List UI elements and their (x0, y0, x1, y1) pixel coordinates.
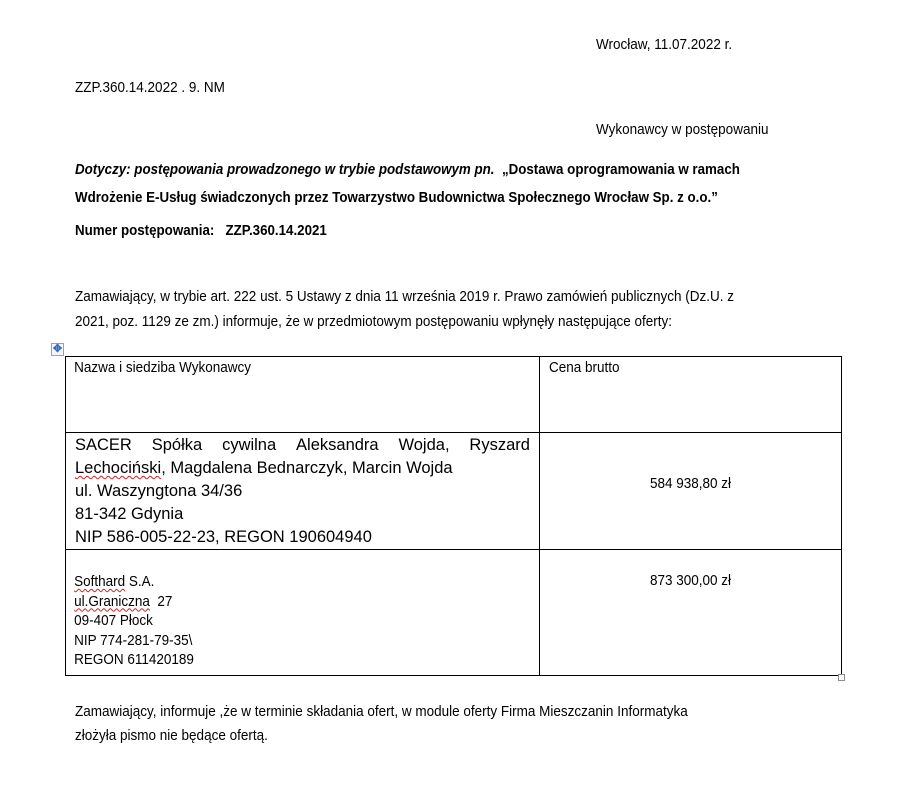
misspelled-word[interactable]: Lechociński (75, 459, 161, 477)
table-row: Softhard S.A. ul.Graniczna 27 09-407 Pło… (66, 550, 842, 676)
word: Ryszard (469, 434, 530, 457)
misspelled-word[interactable]: Softhard (74, 573, 125, 590)
contractor-nip: NIP 774-281-79-35\ (74, 631, 492, 651)
header-price: Cena brutto (540, 357, 811, 376)
word: SACER (75, 434, 132, 457)
closing-paragraph-line-2: złożyła pismo nie będące ofertą. (75, 727, 268, 744)
contractor-name-line-2: Lechociński, Magdalena Bednarczyk, Marci… (75, 457, 530, 480)
table-move-handle-icon[interactable]: ✥ (51, 343, 64, 356)
procedure-number-line: Numer postępowania: ZZP.360.14.2021 (75, 223, 327, 239)
subject-line-1: Dotyczy: postępowania prowadzonego w try… (75, 162, 740, 178)
subject-title-part2: Wdrożenie E-Usług świadczonych przez Tow… (75, 190, 718, 206)
price-cell[interactable]: 584 938,80 zł (540, 433, 842, 550)
subject-title-part1: „Dostawa oprogramowania w ramach (502, 162, 740, 178)
contractor-name-suffix: S.A. (125, 573, 154, 590)
misspelled-word[interactable]: ul.Graniczna (74, 593, 150, 610)
table-resize-handle-icon[interactable] (838, 674, 845, 681)
header-cell-contractor[interactable]: Nazwa i siedziba Wykonawcy (66, 357, 540, 433)
procedure-number: ZZP.360.14.2021 (225, 223, 326, 239)
table-header-row: Nazwa i siedziba Wykonawcy Cena brutto (66, 357, 842, 433)
intro-paragraph-line-2: 2021, poz. 1129 ze zm.) informuje, że w … (75, 313, 672, 330)
intro-paragraph-line-1: Zamawiający, w trybie art. 222 ust. 5 Us… (75, 288, 734, 305)
price-cell[interactable]: 873 300,00 zł (540, 550, 842, 676)
contractor-street-line: ul.Graniczna 27 (74, 592, 492, 612)
contractor-name-line-1: SACER Spółka cywilna Aleksandra Wojda, R… (75, 434, 530, 457)
offer-price: 873 300,00 zł (555, 550, 826, 589)
city-date: Wrocław, 11.07.2022 r. (596, 36, 732, 53)
contractor-regon: REGON 611420189 (74, 650, 492, 670)
offer-price: 584 938,80 zł (555, 433, 826, 492)
contractor-street: ul. Waszyngtona 34/36 (75, 480, 530, 503)
contractor-details: SACER Spółka cywilna Aleksandra Wojda, R… (66, 433, 539, 549)
contractor-details: Softhard S.A. ul.Graniczna 27 09-407 Pło… (66, 550, 492, 670)
contractor-name-line: Softhard S.A. (74, 572, 492, 592)
contractor-name-rest: , Magdalena Bednarczyk, Marcin Wojda (161, 459, 452, 477)
header-cell-price[interactable]: Cena brutto (540, 357, 842, 433)
word: Wojda, (398, 434, 449, 457)
contractor-tax-ids: NIP 586-005-22-23, REGON 190604940 (75, 526, 530, 549)
header-contractor: Nazwa i siedziba Wykonawcy (66, 357, 492, 376)
subject-prefix: Dotyczy: postępowania prowadzonego w try… (75, 162, 495, 178)
word: cywilna (222, 434, 276, 457)
table-row: SACER Spółka cywilna Aleksandra Wojda, R… (66, 433, 842, 550)
contractor-cell[interactable]: SACER Spółka cywilna Aleksandra Wojda, R… (66, 433, 540, 550)
offers-table: Nazwa i siedziba Wykonawcy Cena brutto S… (65, 356, 842, 676)
word: Spółka (152, 434, 202, 457)
addressee: Wykonawcy w postępowaniu (596, 121, 768, 138)
street-number: 27 (150, 593, 173, 610)
contractor-city: 81-342 Gdynia (75, 503, 530, 526)
word: Aleksandra (296, 434, 379, 457)
procedure-number-label: Numer postępowania: (75, 223, 214, 239)
contractor-cell[interactable]: Softhard S.A. ul.Graniczna 27 09-407 Pło… (66, 550, 540, 676)
contractor-city: 09-407 Płock (74, 611, 492, 631)
reference-number: ZZP.360.14.2022 . 9. NM (75, 79, 225, 96)
closing-paragraph-line-1: Zamawiający, informuje ,że w terminie sk… (75, 703, 688, 720)
